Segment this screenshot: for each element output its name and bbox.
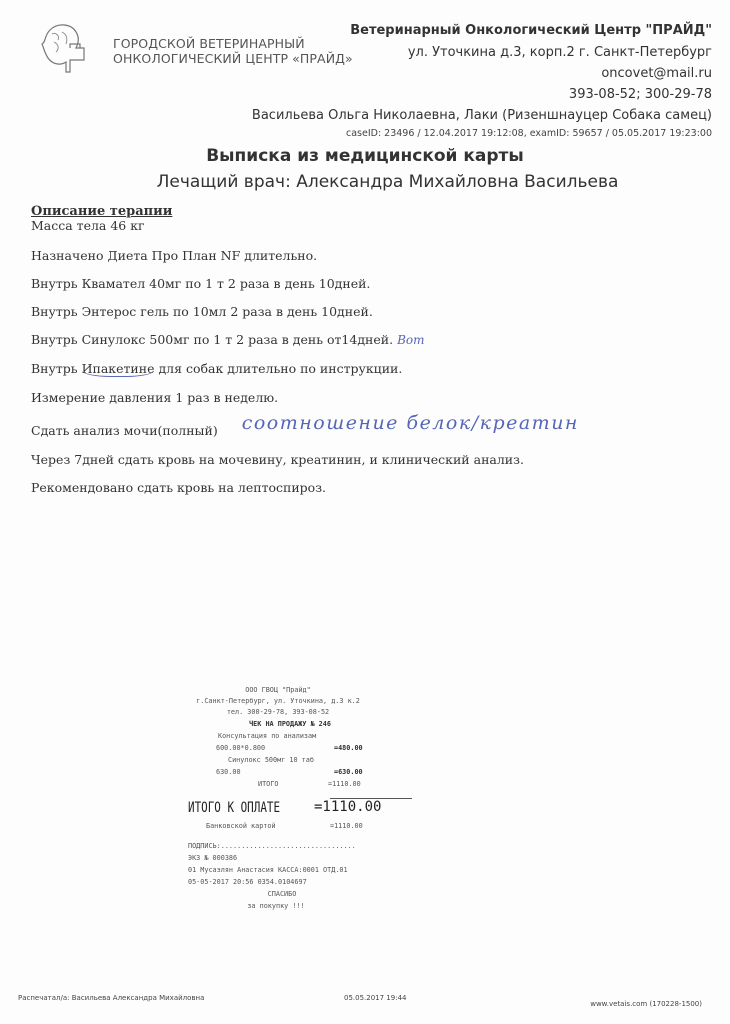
therapy-item: Внутрь Ипакетине для собак длительно по … <box>31 361 402 376</box>
receipt-subtotal-label: ИТОГО <box>258 780 278 788</box>
receipt-company: ООО ГВОЦ "Прайд" <box>188 686 368 694</box>
receipt-thanks-1: СПАСИБО <box>192 890 372 898</box>
receipt-total-value: =1110.00 <box>314 799 381 815</box>
receipt-line1-name: Консультация по анализам <box>218 732 316 740</box>
footer-printed-by: Распечатал/а: Васильева Александра Михай… <box>18 994 204 1002</box>
receipt-line1-sum: =480.00 <box>334 744 363 752</box>
case-exam-ids: caseID: 23496 / 12.04.2017 19:12:08, exa… <box>252 126 712 142</box>
therapy-item-text: Внутрь Синулокс 500мг по 1 т 2 раза в де… <box>31 332 393 347</box>
therapy-item: Через 7дней сдать кровь на мочевину, кре… <box>31 452 524 467</box>
clinic-contact-block: Ветеринарный Онкологический Центр "ПРАЙД… <box>252 20 712 142</box>
therapy-item-text: для собак длительно по инструкции. <box>158 361 402 376</box>
receipt-line2-calc: 630.00 <box>216 768 241 776</box>
attending-doctor: Лечащий врач: Александра Михайловна Васи… <box>0 172 730 192</box>
receipt-payment-label: Банковской картой <box>206 822 276 830</box>
clinic-phones: 393-08-52; 300-29-78 <box>252 84 712 105</box>
therapy-item: Внутрь Синулокс 500мг по 1 т 2 раза в де… <box>31 332 424 347</box>
receipt-subtotal-value: =1110.00 <box>328 780 361 788</box>
receipt-line2-name: Синулокс 500мг 10 таб <box>228 756 314 764</box>
therapy-item: Сдать анализ мочи(полный) соотношение бе… <box>31 418 579 440</box>
handwritten-note: Вот <box>397 333 424 347</box>
receipt-title: ЧЕК НА ПРОДАЖУ № 246 <box>200 720 380 728</box>
receipt-address: г.Санкт-Петербург, ул. Уточкина, д.3 к.2 <box>188 697 368 705</box>
owner-patient: Васильева Ольга Николаевна, Лаки (Ризенш… <box>252 105 712 126</box>
receipt-line1-calc: 600.00*0.800 <box>216 744 265 752</box>
therapy-section-title: Описание терапии <box>31 204 172 219</box>
therapy-item: Назначено Диета Про План NF длительно. <box>31 248 317 263</box>
receipt-cashier: 01 Мусаэлян Анастасия КАССА:0001 ОТД.01 <box>188 866 348 874</box>
clinic-email: oncovet@mail.ru <box>252 63 712 84</box>
footer-printed-at: 05.05.2017 19:44 <box>344 994 406 1002</box>
lion-cross-logo-icon <box>40 22 88 74</box>
clinic-logo <box>40 22 88 74</box>
therapy-item-text: Сдать анализ мочи(полный) <box>31 423 218 438</box>
receipt-thanks-2: за покупку !!! <box>186 902 366 910</box>
therapy-item-drug: Ипакетине <box>82 361 155 377</box>
receipt-doc-no: ЭКЗ № 000386 <box>188 854 237 862</box>
receipt-datetime: 05-05-2017 20:56 0354.0104697 <box>188 878 307 886</box>
therapy-item: Измерение давления 1 раз в неделю. <box>31 390 278 405</box>
receipt-line2-sum: =630.00 <box>334 768 363 776</box>
therapy-item: Рекомендовано сдать кровь на лептоспироз… <box>31 480 326 495</box>
clinic-name: Ветеринарный Онкологический Центр "ПРАЙД… <box>252 20 712 42</box>
receipt-signature: ПОДПИСЬ:................................… <box>188 842 356 850</box>
document-title: Выписка из медицинской карты <box>0 146 730 166</box>
handwritten-note: соотношение белок/креатин <box>242 412 579 434</box>
body-weight: Масса тела 46 кг <box>31 218 145 233</box>
receipt-phones: тел. 300-29-78, 393-08-52 <box>188 708 368 716</box>
receipt-payment-value: =1110.00 <box>330 822 363 830</box>
therapy-item-text: Внутрь <box>31 361 78 376</box>
receipt-total-label: ИТОГО К ОПЛАТЕ <box>188 800 280 816</box>
footer-source: www.vetais.com (170228-1500) <box>590 1000 702 1008</box>
clinic-address: ул. Уточкина д.3, корп.2 г. Санкт-Петерб… <box>252 42 712 63</box>
therapy-item: Внутрь Энтерос гель по 10мл 2 раза в ден… <box>31 304 373 319</box>
therapy-item: Внутрь Квамател 40мг по 1 т 2 раза в ден… <box>31 276 370 291</box>
